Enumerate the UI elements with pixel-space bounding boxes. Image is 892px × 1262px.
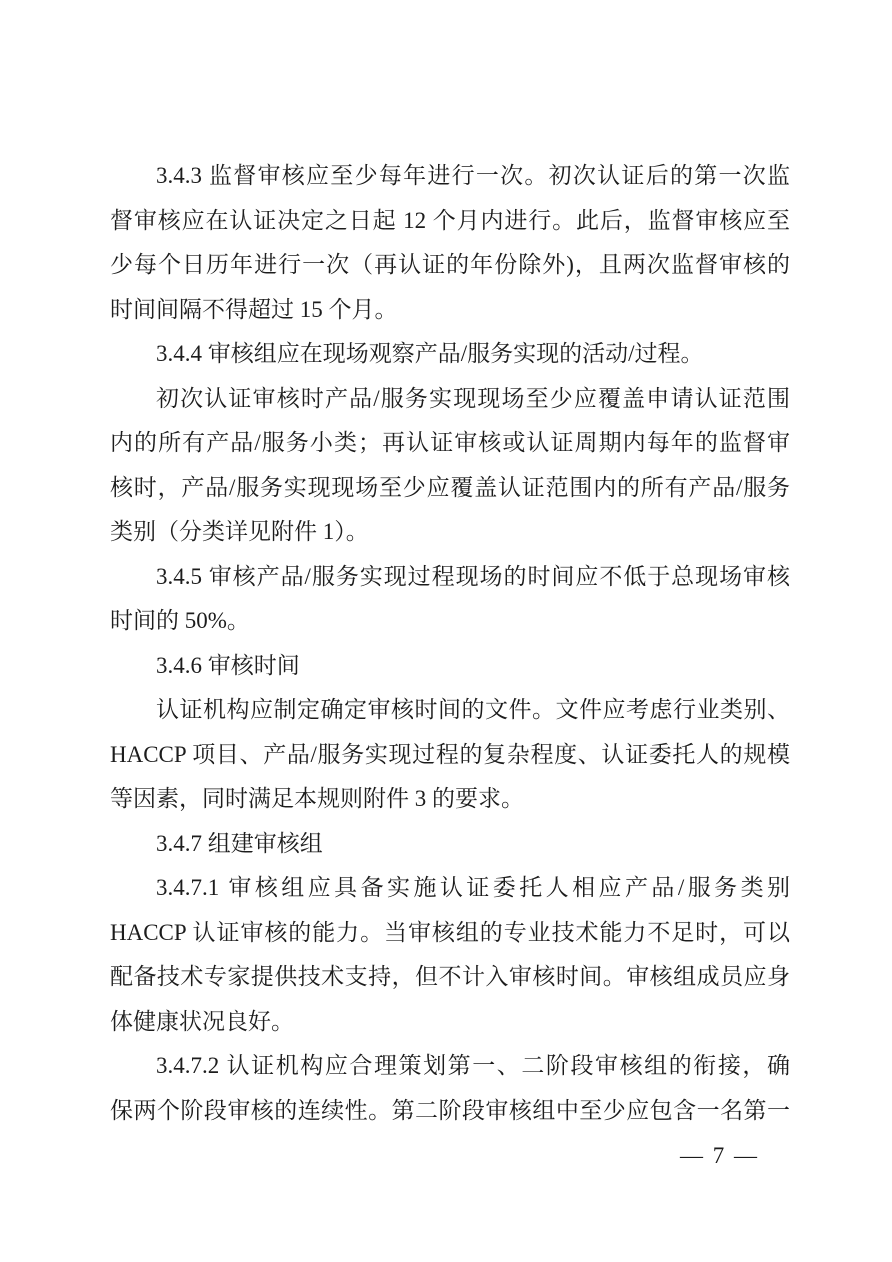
text-line: 3.4.7 组建审核组: [110, 822, 790, 867]
text-line: 3.4.7.1 审核组应具备实施认证委托人相应产品/服务类别: [110, 866, 790, 911]
text-line: 时间间隔不得超过 15 个月。: [110, 288, 790, 333]
paragraph-3-4-6-body: 认证机构应制定确定审核时间的文件。文件应考虑行业类别、 HACCP 项目、产品/…: [110, 688, 790, 822]
paragraph-3-4-4: 3.4.4 审核组应在现场观察产品/服务实现的活动/过程。: [110, 332, 790, 377]
paragraph-3-4-7-1: 3.4.7.1 审核组应具备实施认证委托人相应产品/服务类别 HACCP 认证审…: [110, 866, 790, 1044]
text-line: 保两个阶段审核的连续性。第二阶段审核组中至少应包含一名第一: [110, 1089, 790, 1134]
text-line: 3.4.3 监督审核应至少每年进行一次。初次认证后的第一次监: [110, 154, 790, 199]
paragraph-3-4-7-2: 3.4.7.2 认证机构应合理策划第一、二阶段审核组的衔接，确 保两个阶段审核的…: [110, 1044, 790, 1133]
paragraph-3-4-3: 3.4.3 监督审核应至少每年进行一次。初次认证后的第一次监 督审核应在认证决定…: [110, 154, 790, 332]
document-text-block: 3.4.3 监督审核应至少每年进行一次。初次认证后的第一次监 督审核应在认证决定…: [110, 154, 790, 1133]
document-page: 3.4.3 监督审核应至少每年进行一次。初次认证后的第一次监 督审核应在认证决定…: [0, 0, 892, 1262]
text-line: 认证机构应制定确定审核时间的文件。文件应考虑行业类别、: [110, 688, 790, 733]
text-line: HACCP 项目、产品/服务实现过程的复杂程度、认证委托人的规模: [110, 733, 790, 778]
paragraph-3-4-7: 3.4.7 组建审核组: [110, 822, 790, 867]
text-line: 配备技术专家提供技术支持，但不计入审核时间。审核组成员应身: [110, 955, 790, 1000]
paragraph-3-4-5: 3.4.5 审核产品/服务实现过程现场的时间应不低于总现场审核 时间的 50%。: [110, 555, 790, 644]
text-line: 3.4.4 审核组应在现场观察产品/服务实现的活动/过程。: [110, 332, 790, 377]
paragraph-3-4-6: 3.4.6 审核时间: [110, 644, 790, 689]
text-line: 初次认证审核时产品/服务实现现场至少应覆盖申请认证范围: [110, 377, 790, 422]
text-line: 等因素，同时满足本规则附件 3 的要求。: [110, 777, 790, 822]
paragraph-3-4-4-body: 初次认证审核时产品/服务实现现场至少应覆盖申请认证范围 内的所有产品/服务小类；…: [110, 377, 790, 555]
text-line: 类别（分类详见附件 1）。: [110, 510, 790, 555]
text-line: 3.4.5 审核产品/服务实现过程现场的时间应不低于总现场审核: [110, 555, 790, 600]
text-line: 核时，产品/服务实现现场至少应覆盖认证范围内的所有产品/服务: [110, 466, 790, 511]
text-line: 内的所有产品/服务小类；再认证审核或认证周期内每年的监督审: [110, 421, 790, 466]
text-line: HACCP 认证审核的能力。当审核组的专业技术能力不足时，可以: [110, 911, 790, 956]
text-line: 3.4.6 审核时间: [110, 644, 790, 689]
text-line: 体健康状况良好。: [110, 1000, 790, 1045]
text-line: 3.4.7.2 认证机构应合理策划第一、二阶段审核组的衔接，确: [110, 1044, 790, 1089]
text-line: 少每个日历年进行一次（再认证的年份除外)，且两次监督审核的: [110, 243, 790, 288]
page-number: — 7 —: [680, 1141, 759, 1171]
text-line: 时间的 50%。: [110, 599, 790, 644]
text-line: 督审核应在认证决定之日起 12 个月内进行。此后，监督审核应至: [110, 199, 790, 244]
